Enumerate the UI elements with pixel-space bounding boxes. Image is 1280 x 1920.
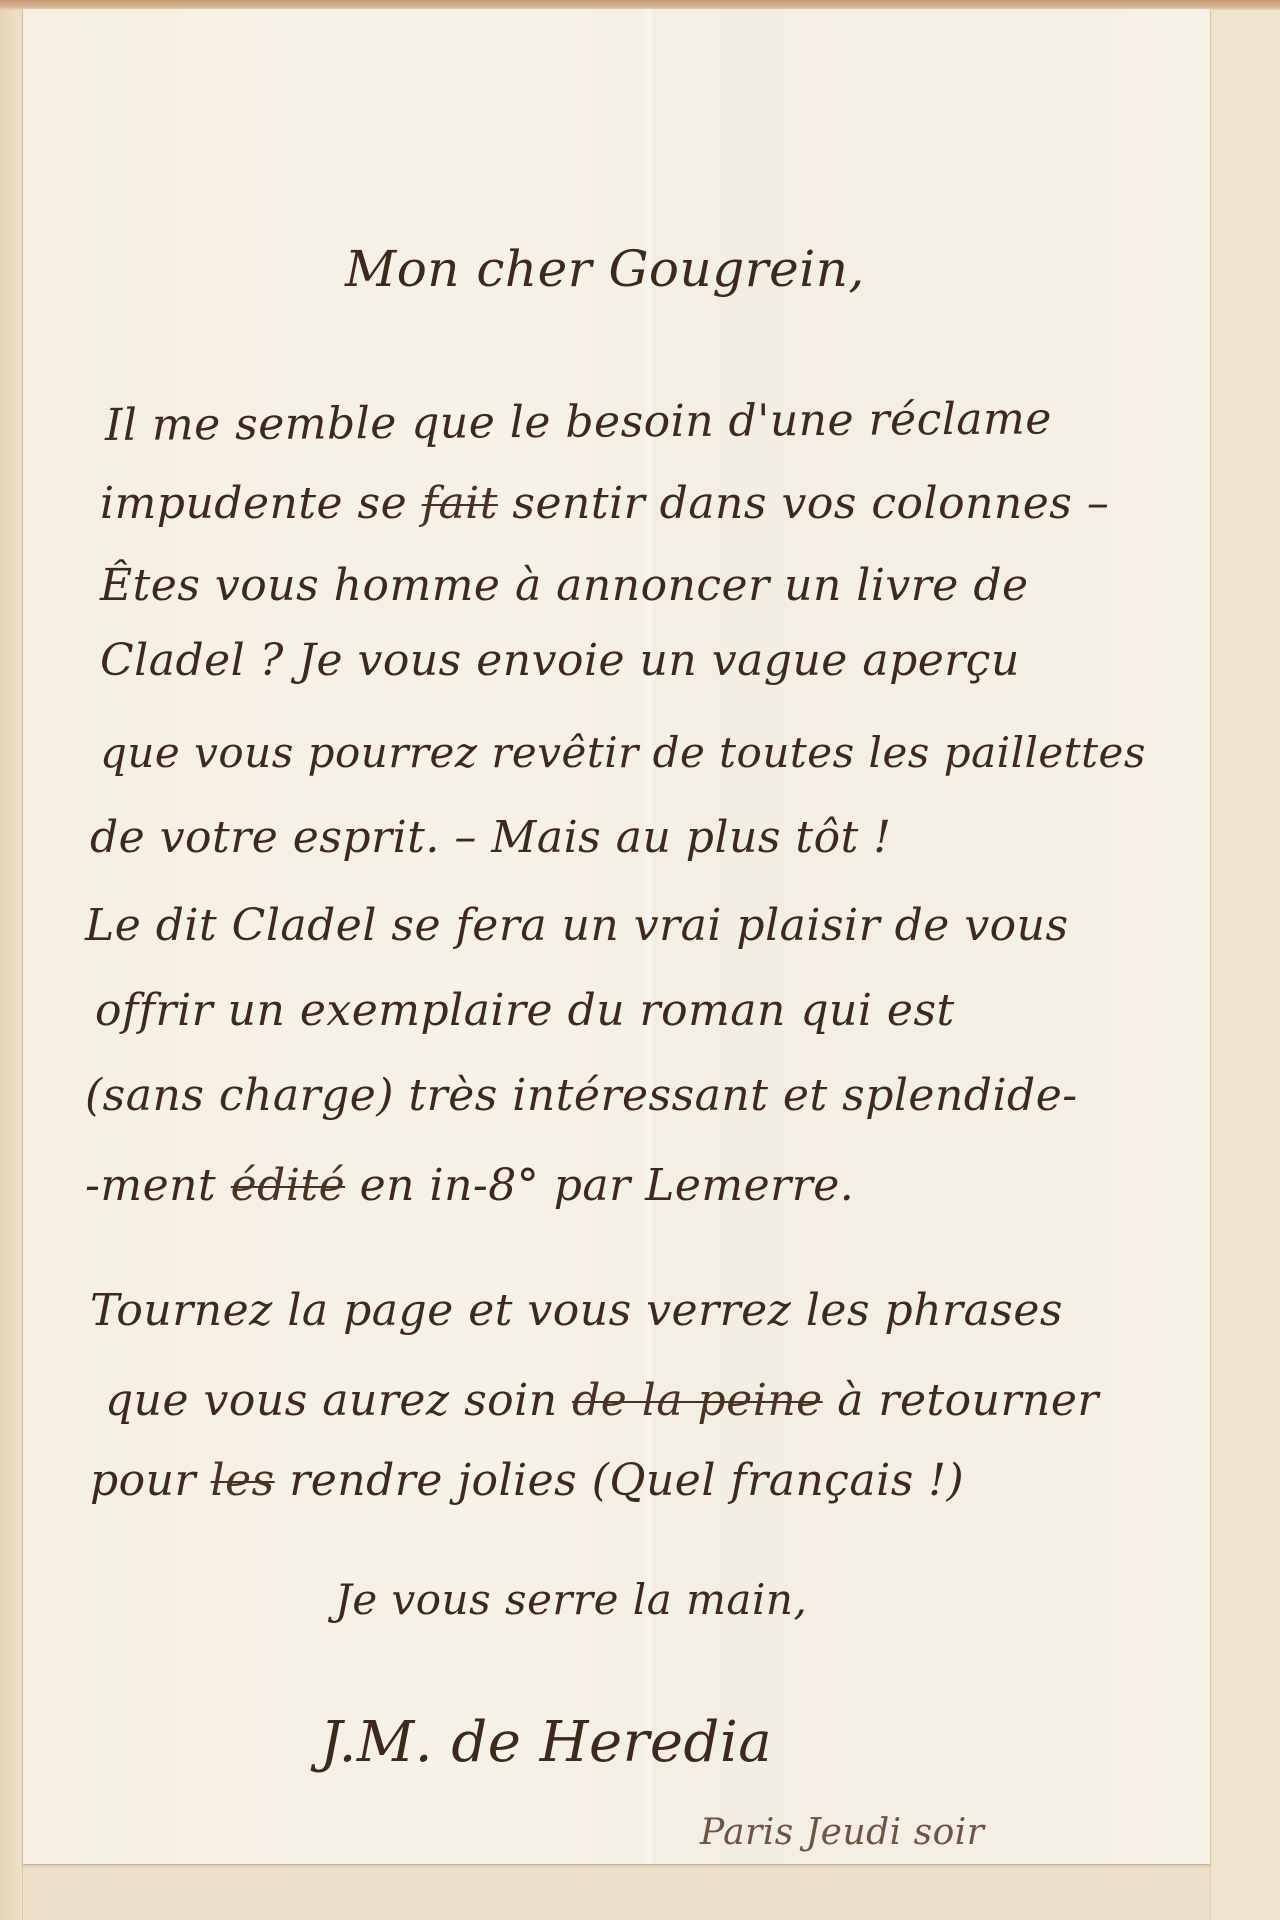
line-12-text-a: que vous aurez soin: [105, 1375, 572, 1426]
line-2-text-b: sentir dans vos colonnes –: [498, 478, 1109, 529]
left-binding-strip: [0, 0, 23, 1920]
right-margin-strip: [1210, 0, 1280, 1920]
closing-line: Je vous serre la main,: [335, 1575, 807, 1624]
line-10-struck-word: édité: [231, 1160, 346, 1211]
letter-line-12: que vous aurez soin de la peine à retour…: [105, 1375, 1099, 1426]
letter-line-9: (sans charge) très intéressant et splend…: [85, 1070, 1078, 1121]
line-2-text-a: impudente se: [100, 478, 422, 529]
letter-line-4: Cladel ? Je vous envoie un vague aperçu: [100, 635, 1020, 686]
line-10-text-b: en in-8° par Lemerre.: [345, 1160, 854, 1211]
letter-line-11: Tournez la page et vous verrez les phras…: [90, 1285, 1063, 1336]
letter-line-6: de votre esprit. – Mais au plus tôt !: [90, 812, 891, 863]
letter-line-13: pour les rendre jolies (Quel français !): [90, 1455, 964, 1506]
line-13-text-b: rendre jolies (Quel français !): [275, 1455, 964, 1506]
letter-line-2: impudente se fait sentir dans vos colonn…: [100, 478, 1109, 529]
line-13-struck-word: les: [211, 1455, 275, 1506]
letter-line-1: Il me semble que le besoin d'une réclame: [105, 393, 1052, 451]
line-13-text-a: pour: [90, 1455, 211, 1506]
salutation: Mon cher Gougrein,: [345, 240, 865, 298]
line-12-struck-words: de la peine: [572, 1375, 823, 1426]
dateline: Paris Jeudi soir: [700, 1812, 985, 1853]
letter-line-8: offrir un exemplaire du roman qui est: [95, 985, 955, 1036]
signature: J.M. de Heredia: [320, 1710, 772, 1775]
letter-line-7: Le dit Cladel se fera un vrai plaisir de…: [85, 900, 1069, 951]
line-10-text-a: -ment: [85, 1160, 231, 1211]
letter-line-10: -ment édité en in-8° par Lemerre.: [85, 1160, 854, 1211]
line-12-text-b: à retourner: [823, 1375, 1099, 1426]
letter-line-3: Êtes vous homme à annoncer un livre de: [100, 560, 1029, 611]
letter-line-5: que vous pourrez revêtir de toutes les p…: [100, 728, 1146, 777]
line-2-struck-word: fait: [422, 478, 498, 529]
bottom-mount-edge: [23, 1864, 1210, 1920]
